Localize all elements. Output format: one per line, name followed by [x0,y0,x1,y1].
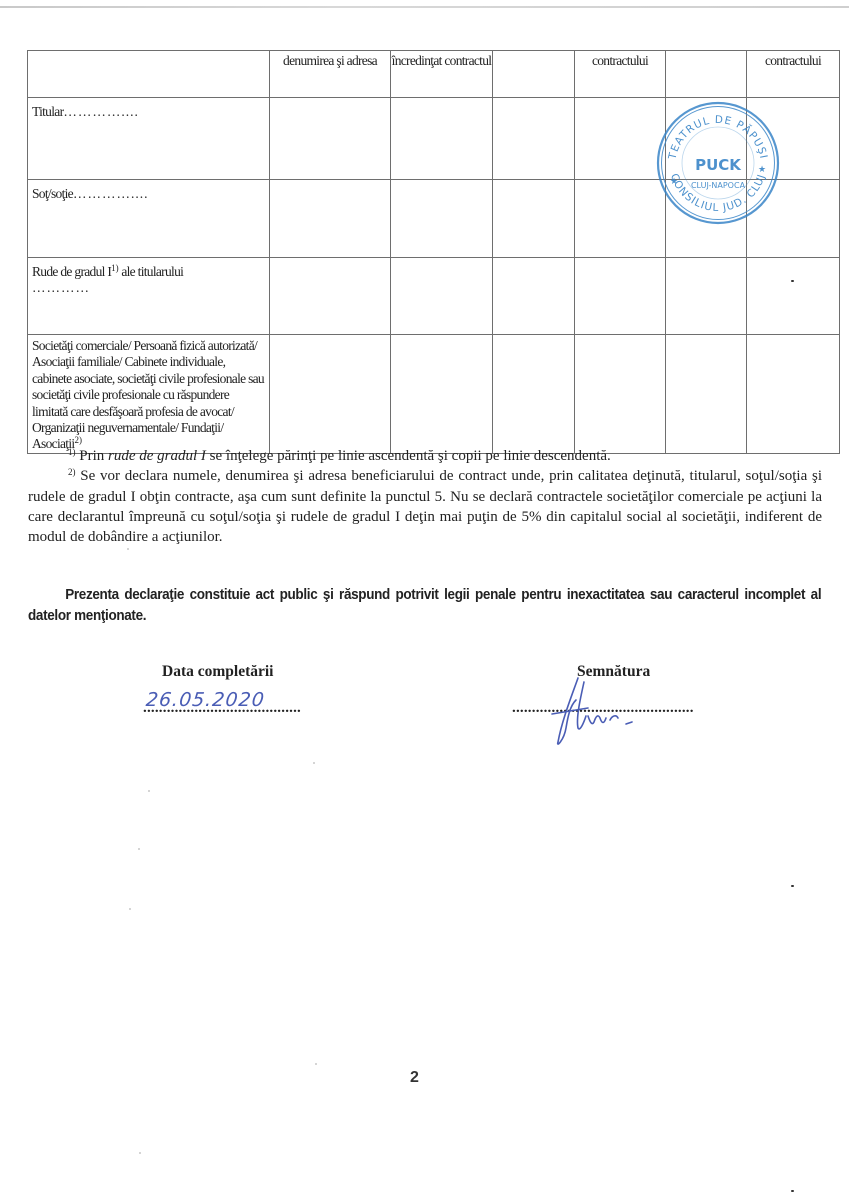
row-label-spouse: Soţ/soţie………….... [28,180,270,258]
table-row: Rude de gradul I1) ale titularului………… [28,258,840,335]
legal-statement: Prezenta declaraţie constituie act publi… [28,585,821,627]
table-cell [666,335,747,454]
scan-speck [791,280,794,282]
table-cell [493,258,575,335]
header-cell [493,51,575,98]
row-label-companies: Societăţi comerciale/ Persoană fizică au… [28,335,270,454]
table-cell [270,98,391,180]
scan-speck [148,790,150,792]
stamp-seal-icon: TEATRUL DE PĂPUŞI PUCK CLUJ-NAPOCA ★ ★ C… [655,100,781,226]
table-cell [575,180,666,258]
table-header-row: denumirea şi adresa încredinţat contract… [28,51,840,98]
footnotes: 1) Prin rude de gradul I se înţelege păr… [28,446,822,547]
table-row: Societăţi comerciale/ Persoană fizică au… [28,335,840,454]
header-cell-procedure: încredinţat contractul [391,51,493,98]
scan-speck [313,762,315,764]
table-cell [666,258,747,335]
scan-speck [127,548,129,550]
table-cell [270,258,391,335]
signature-scribble-icon [540,670,650,750]
table-cell [575,335,666,454]
scan-speck [129,908,131,910]
date-label: Data completării [162,663,273,681]
header-cell [28,51,270,98]
table-cell [270,335,391,454]
official-stamp: TEATRUL DE PĂPUŞI PUCK CLUJ-NAPOCA ★ ★ C… [655,100,781,231]
table-cell [747,258,840,335]
header-cell-beneficiary: denumirea şi adresa [270,51,391,98]
scan-speck [791,1190,794,1192]
table-cell [391,335,493,454]
footnote-2: 2) Se vor declara numele, denumirea şi a… [28,466,822,547]
header-cell [666,51,747,98]
scan-edge-line [0,6,849,8]
scan-speck [791,885,794,887]
table-cell [391,258,493,335]
header-cell-contract-value: contractului [747,51,840,98]
row-label-titular: Titular………….... [28,98,270,180]
scan-speck [315,1063,317,1065]
table-cell [493,98,575,180]
legal-statement-text: Prezenta declaraţie constituie act publi… [28,585,821,627]
table-cell [391,180,493,258]
table-cell [747,335,840,454]
handwritten-signature [540,670,650,755]
table-cell [575,258,666,335]
table-cell [493,335,575,454]
table-cell [270,180,391,258]
page-number: 2 [410,1069,419,1087]
table-cell [493,180,575,258]
row-label-relatives: Rude de gradul I1) ale titularului………… [28,258,270,335]
date-dotted-line: ........................................ [143,700,301,717]
scan-speck [139,1152,141,1154]
table-cell [575,98,666,180]
header-cell-contract-date: contractului [575,51,666,98]
svg-text:TEATRUL DE PĂPUŞI: TEATRUL DE PĂPUŞI [666,114,769,162]
svg-text:CLUJ-NAPOCA: CLUJ-NAPOCA [691,181,746,190]
table-cell [391,98,493,180]
svg-text:PUCK: PUCK [695,156,742,174]
scan-speck [138,848,140,850]
footnote-1: 1) Prin rude de gradul I se înţelege păr… [28,446,822,466]
